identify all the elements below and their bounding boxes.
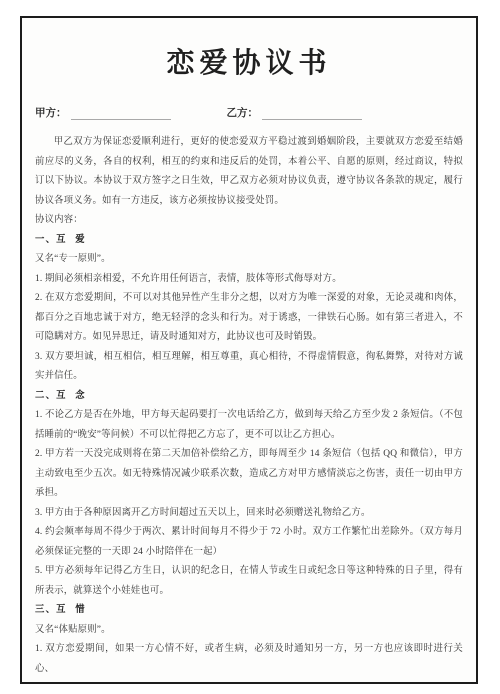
section-1-subtitle: 又名“专一原则”。 bbox=[35, 250, 463, 270]
section-1-heading: 一、互 爱 bbox=[35, 231, 463, 251]
party-b-blank-field bbox=[262, 108, 362, 120]
content-label: 协议内容： bbox=[35, 211, 463, 231]
document-body: 甲乙双方为保证恋爱顺利进行，更好的使恋爱双方平稳过渡到婚姻阶段，主要就双方恋爱至… bbox=[35, 133, 463, 679]
section-3-item: 1. 双方恋爱期间，如果一方心情不好，或者生病，必须及时通知另一方，另一方也应该… bbox=[35, 640, 463, 679]
party-row: 甲方： 乙方： bbox=[35, 105, 463, 120]
party-a-label: 甲方： bbox=[35, 105, 67, 120]
section-1-item: 1. 期间必须相亲相爱，不允许用任何语言，表情，肢体等形式侮辱对方。 bbox=[35, 270, 463, 290]
section-3-heading: 三、互 惜 bbox=[35, 601, 463, 621]
section-2-heading: 二、互 念 bbox=[35, 387, 463, 407]
document-frame: 恋爱协议书 甲方： 乙方： 甲乙双方为保证恋爱顺利进行，更好的使恋爱双方平稳过渡… bbox=[20, 16, 478, 684]
section-2-item: 3. 甲方由于各种原因离开乙方时间超过五天以上，回来时必须赠送礼物给乙方。 bbox=[35, 504, 463, 524]
section-1-item: 3. 双方要坦诚，相互相信，相互理解，相互尊重，真心相待，不得虚情假意，徇私舞弊… bbox=[35, 348, 463, 387]
section-2-item: 1. 不论乙方是否在外地，甲方每天起码要打一次电话给乙方，做到每天给乙方至少发 … bbox=[35, 406, 463, 445]
section-3-subtitle: 又名“体贴原则”。 bbox=[35, 621, 463, 641]
party-b-label: 乙方： bbox=[227, 105, 259, 120]
section-2-item: 2. 甲方若一天没完成则将在第二天加倍补偿给乙方，即每周至少 14 条短信（包括… bbox=[35, 445, 463, 504]
page-title: 恋爱协议书 bbox=[35, 48, 463, 80]
intro-paragraph: 甲乙双方为保证恋爱顺利进行，更好的使恋爱双方平稳过渡到婚姻阶段，主要就双方恋爱至… bbox=[35, 133, 463, 211]
party-a-blank-field bbox=[71, 108, 171, 120]
section-1-item: 2. 在双方恋爱期间，不可以对其他异性产生非分之想，以对方为唯一深爱的对象，无论… bbox=[35, 289, 463, 348]
section-2-item: 4. 约会频率每周不得少于两次、累计时间每月不得少于 72 小时。双方工作繁忙出… bbox=[35, 523, 463, 562]
section-2-item: 5. 甲方必须每年记得乙方生日，认识的纪念日，在情人节或生日或纪念日等这种特殊的… bbox=[35, 562, 463, 601]
